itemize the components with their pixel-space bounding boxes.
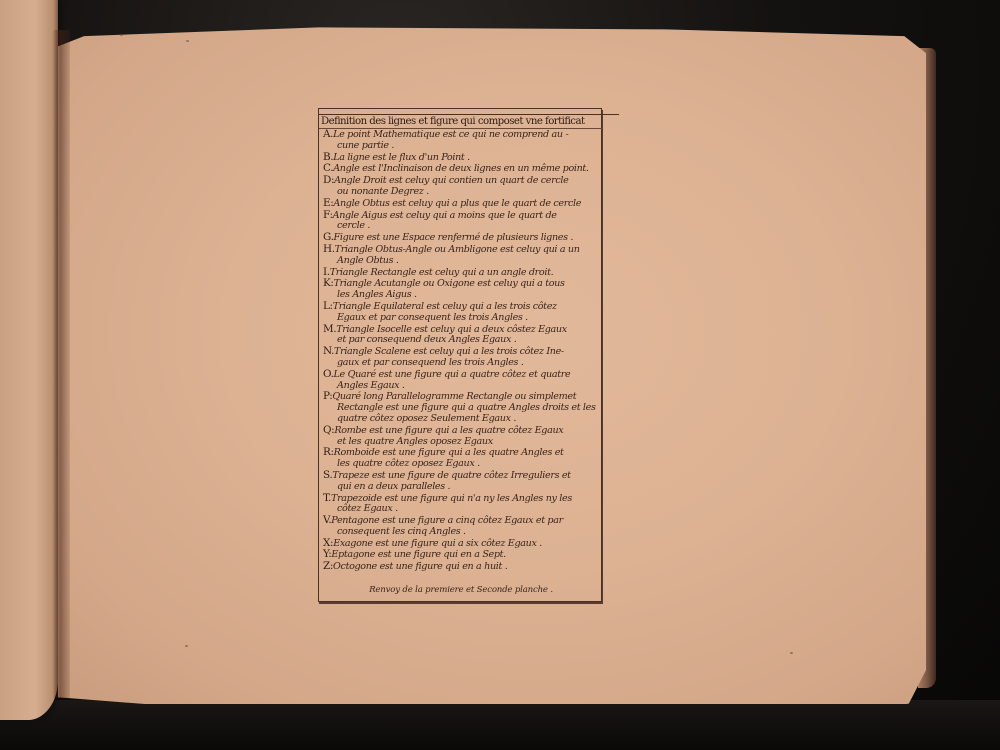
definition-entry: O.Le Quaré est une figure qui a quatre c… <box>323 369 608 392</box>
foxing-spot <box>186 40 189 42</box>
definition-entry: Z:Octogone est une figure qui en a huit … <box>323 561 608 573</box>
definition-entry: X:Exagone est une figure qui a six côtez… <box>323 538 608 550</box>
definition-entry: V.Pentagone est une figure a cinq côtez … <box>323 515 608 538</box>
foxing-spot <box>790 652 793 654</box>
definition-entry: Y:Eptagone est une figure qui en a Sept. <box>323 549 608 561</box>
dark-background-cloth <box>0 700 1000 750</box>
definition-entry: D:Angle Droit est celuy qui contien un q… <box>323 175 608 198</box>
definition-entry: I.Triangle Rectangle est celuy qui a un … <box>323 267 608 279</box>
definition-entry: K:Triangle Acutangle ou Oxigone est celu… <box>323 278 608 301</box>
left-facing-page <box>0 0 58 720</box>
foxing-spot <box>185 645 188 647</box>
definition-entry: C.Angle est l'Inclinaison de deux lignes… <box>323 163 608 175</box>
definition-entry: S.Trapeze est une figure de quatre côtez… <box>323 470 608 493</box>
definition-entry: P:Quaré long Parallelogramme Rectangle o… <box>323 391 608 424</box>
definition-entry: R:Romboide est une figure qui a les quat… <box>323 447 608 470</box>
foxing-spot <box>120 34 123 36</box>
definition-entry: L:Triangle Equilateral est celuy qui a l… <box>323 301 608 324</box>
definition-entry: B.La ligne est le flux d'un Point . <box>323 152 608 164</box>
definition-entry: F:Angle Aigus est celuy qui a moins que … <box>323 210 608 233</box>
book-gutter-shadow <box>52 30 70 698</box>
plate-title: Definition des lignes et figure qui comp… <box>321 116 621 128</box>
definition-entry: H.Triangle Obtus-Angle ou Ambligone est … <box>323 244 608 267</box>
definition-entry: A.Le point Mathematique est ce qui ne co… <box>323 129 608 152</box>
definition-entry: N.Triangle Scalene est celuy qui a les t… <box>323 346 608 369</box>
definition-entry: G.Figure est une Espace renfermé de plus… <box>323 232 608 244</box>
plate-top-rule <box>319 114 619 115</box>
definition-entry: M.Triangle Isocelle est celuy qui a deux… <box>323 324 608 347</box>
definition-entry: Q:Rombe est une figure qui a les quatre … <box>323 425 608 448</box>
definition-entry: E:Angle Obtus est celuy qui a plus que l… <box>323 198 608 210</box>
engraved-plate: Definition des lignes et figure qui comp… <box>318 108 602 602</box>
definitions-list: A.Le point Mathematique est ce qui ne co… <box>323 129 608 573</box>
definition-entry: T.Trapezoide est une figure qui n'a ny l… <box>323 493 608 516</box>
book-photo-scene: Definition des lignes et figure qui comp… <box>0 0 1000 750</box>
plate-footer-caption: Renvoy de la premiere et Seconde planche… <box>341 585 581 595</box>
